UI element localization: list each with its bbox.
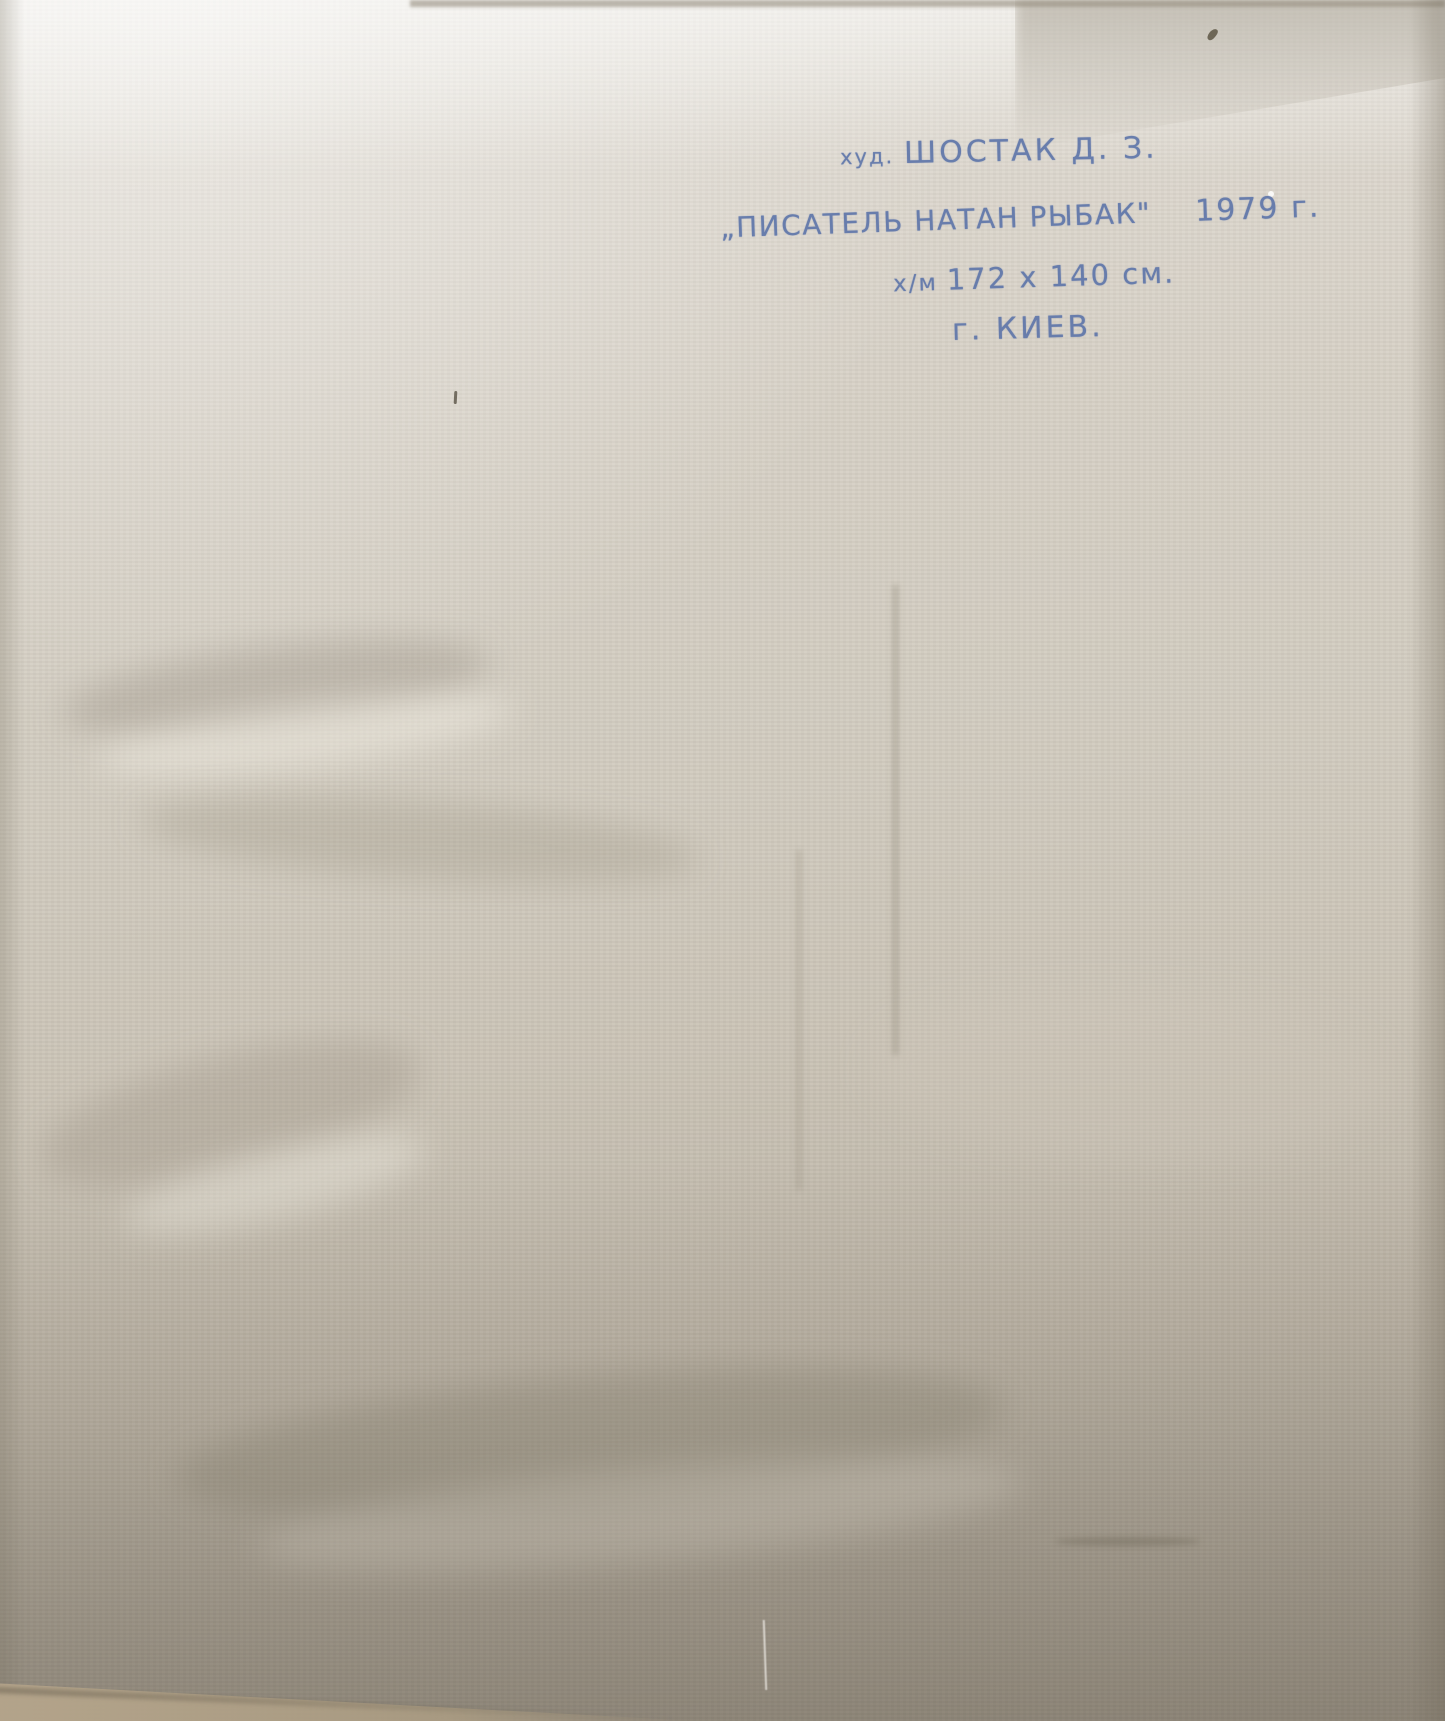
dimensions-text: 172 х 140 см. [946, 256, 1176, 297]
canvas-back-photo: худ. ШОСТАК Д. З. „ПИСАТЕЛЬ НАТАН РЫБАК"… [0, 0, 1445, 1721]
painting-title-text: „ПИСАТЕЛЬ НАТАН РЫБАК" [720, 196, 1152, 244]
city-text: г. КИЕВ. [952, 309, 1105, 348]
inscription-dimensions-line: х/м 172 х 140 см. [893, 256, 1176, 299]
inscription-city-line: г. КИЕВ. [952, 309, 1105, 348]
artist-name-text: ШОСТАК Д. З. [904, 131, 1158, 171]
inscription-artist-line: худ. ШОСТАК Д. З. [840, 131, 1158, 173]
inscription-title-line: „ПИСАТЕЛЬ НАТАН РЫБАК" 1979 г. [720, 190, 1321, 246]
media-text: х/м [893, 270, 939, 297]
year-text: 1979 г. [1195, 190, 1321, 229]
handwritten-inscription: худ. ШОСТАК Д. З. „ПИСАТЕЛЬ НАТАН РЫБАК"… [0, 0, 1445, 1721]
artist-prefix-text: худ. [840, 144, 895, 169]
